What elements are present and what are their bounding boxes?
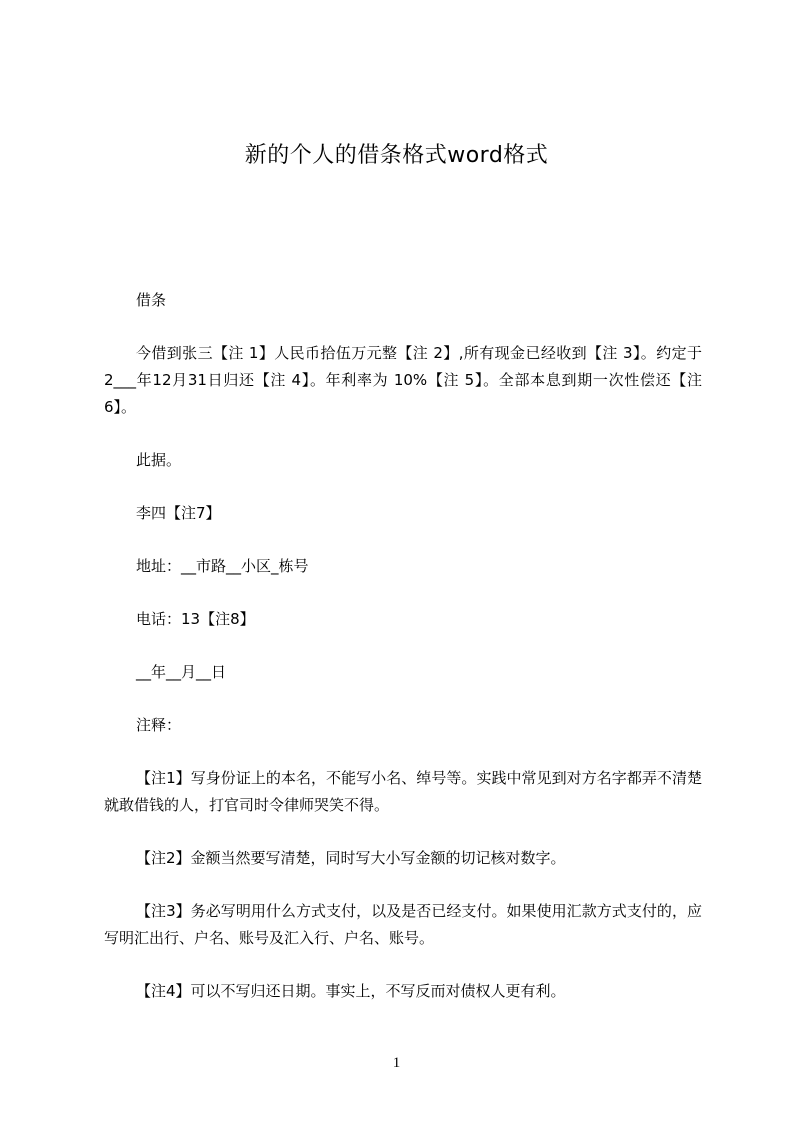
note-4: 【注4】可以不写归还日期。事实上，不写反而对债权人更有利。	[104, 978, 702, 1005]
spacer	[104, 819, 702, 845]
notes-heading: 注释：	[104, 712, 702, 739]
heading-iou: 借条	[104, 287, 702, 314]
document-page: 新的个人的借条格式word格式 借条 今借到张三【注 1】人民币拾伍万元整【注 …	[0, 0, 793, 1122]
spacer	[104, 686, 702, 712]
address-line: 地址：__市路__小区_栋号	[104, 553, 702, 580]
spacer	[104, 952, 702, 978]
spacer	[104, 872, 702, 898]
main-paragraph: 今借到张三【注 1】人民币拾伍万元整【注 2】,所有现金已经收到【注 3】。约定…	[104, 340, 702, 421]
page-number: 1	[0, 1055, 793, 1072]
spacer	[104, 739, 702, 765]
spacer	[104, 633, 702, 659]
note-1: 【注1】写身份证上的本名，不能写小名、绰号等。实践中常见到对方名字都弄不清楚就敢…	[104, 765, 702, 819]
date-line: __年__月__日	[104, 659, 702, 686]
spacer	[104, 421, 702, 447]
borrower-name: 李四【注7】	[104, 500, 702, 527]
spacer	[104, 314, 702, 340]
spacer	[104, 580, 702, 606]
closing-text: 此据。	[104, 447, 702, 474]
note-2: 【注2】金额当然要写清楚，同时写大小写金额的切记核对数字。	[104, 845, 702, 872]
spacer	[104, 474, 702, 500]
document-title: 新的个人的借条格式word格式	[0, 140, 793, 172]
phone-line: 电话：13【注8】	[104, 606, 702, 633]
note-3: 【注3】务必写明用什么方式支付，以及是否已经支付。如果使用汇款方式支付的，应写明…	[104, 898, 702, 952]
document-body: 借条 今借到张三【注 1】人民币拾伍万元整【注 2】,所有现金已经收到【注 3】…	[104, 287, 702, 1005]
spacer	[104, 527, 702, 553]
